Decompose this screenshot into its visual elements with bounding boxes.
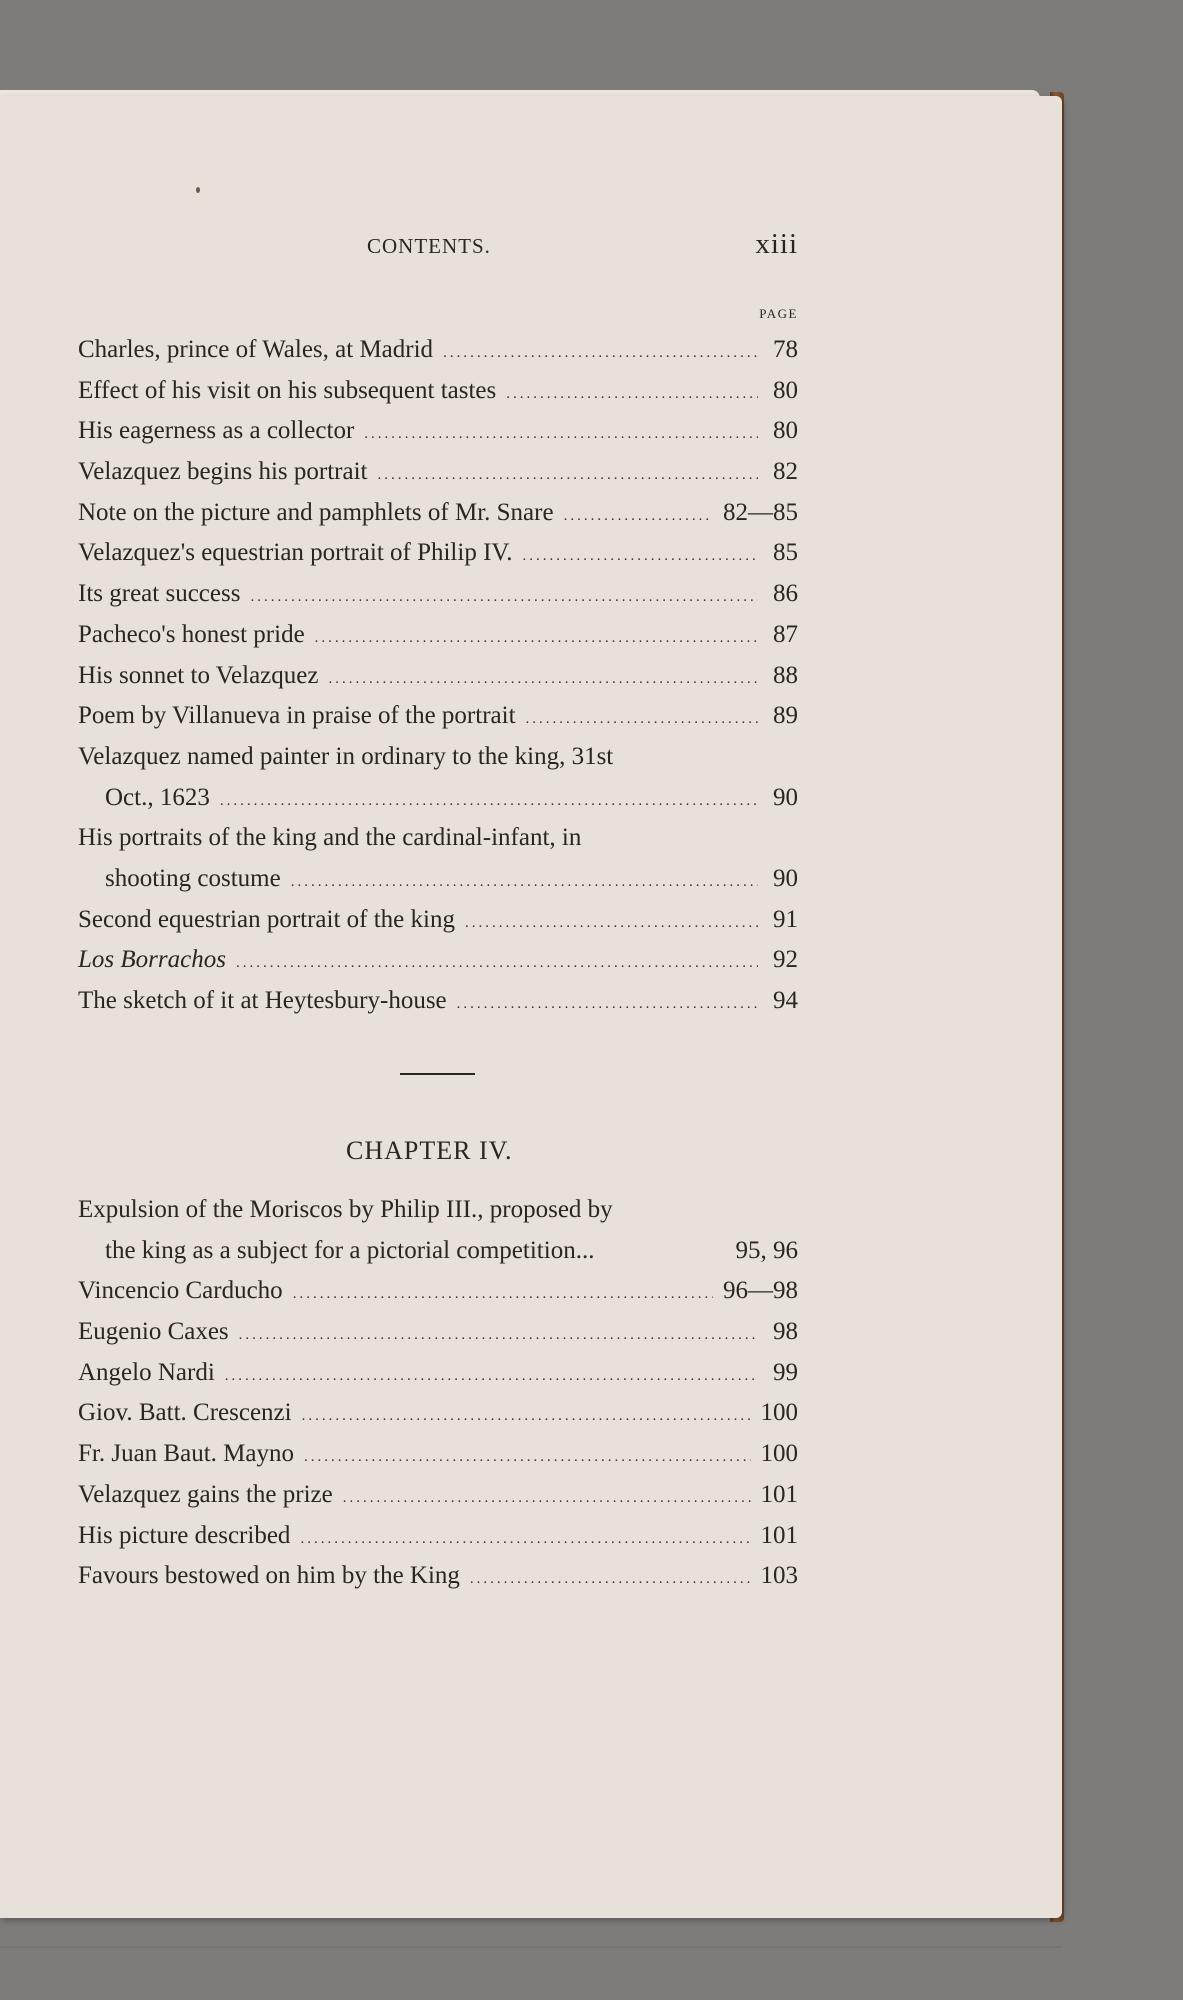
toc-entry: Angelo Nardi 99	[78, 1353, 798, 1394]
toc-entry-page: 101	[761, 1475, 799, 1516]
toc-entry-page: 94	[768, 981, 798, 1022]
paper-speck	[196, 187, 200, 193]
toc-entry-page: 82	[768, 452, 798, 493]
toc-entry: Charles, prince of Wales, at Madrid 78	[78, 330, 798, 371]
toc-entry: Poem by Villanueva in praise of the port…	[78, 696, 798, 737]
toc-entry-title-continued: the king as a subject for a pictorial co…	[78, 1231, 594, 1272]
dot-leader	[315, 618, 758, 659]
dot-leader	[293, 1274, 713, 1315]
section-divider-rule	[400, 1073, 475, 1075]
toc-entry: Fr. Juan Baut. Mayno 100	[78, 1434, 798, 1475]
toc-entry-line1: Expulsion of the Moriscos by Philip III.…	[78, 1190, 798, 1231]
toc-entry-page: 98	[768, 1312, 798, 1353]
toc-entry-title: Angelo Nardi	[78, 1353, 215, 1394]
toc-list-chapter-iv: Expulsion of the Moriscos by Philip III.…	[78, 1190, 798, 1597]
dot-leader	[328, 659, 758, 700]
toc-entry: Pacheco's honest pride 87	[78, 615, 798, 656]
toc-entry-page: 100	[761, 1434, 799, 1475]
toc-entry: Effect of his visit on his subsequent ta…	[78, 371, 798, 412]
dot-leader	[220, 781, 758, 822]
toc-entry-title-continued: Oct., 1623	[78, 778, 210, 819]
toc-entry: His eagerness as a collector 80	[78, 411, 798, 452]
toc-entry-title: Second equestrian portrait of the king	[78, 900, 455, 941]
dot-leader	[343, 1478, 751, 1519]
toc-entry-page: 86	[768, 574, 798, 615]
dot-leader	[457, 984, 758, 1025]
running-head: CONTENTS.	[367, 234, 491, 259]
folio-page-number: xiii	[748, 228, 798, 261]
chapter-heading-text: CHAPTER IV.	[346, 1136, 513, 1166]
toc-entry-title: Eugenio Caxes	[78, 1312, 229, 1353]
dot-leader	[302, 1396, 751, 1437]
toc-entry-page: 96—98	[723, 1271, 798, 1312]
toc-entry-title: The sketch of it at Heytesbury-house	[78, 981, 447, 1022]
toc-entry-title: His portraits of the king and the cardin…	[78, 818, 798, 859]
page-column-label: PAGE	[700, 306, 798, 322]
toc-entry-page: 103	[761, 1556, 799, 1597]
dot-leader	[443, 333, 758, 374]
toc-entry: Second equestrian portrait of the king 9…	[78, 900, 798, 941]
toc-entry-page: 101	[761, 1516, 799, 1557]
toc-entry-page: 80	[768, 371, 798, 412]
dot-leader	[236, 943, 758, 984]
toc-entry-line2: Oct., 1623 90	[78, 778, 798, 819]
toc-entry-line1: His portraits of the king and the cardin…	[78, 818, 798, 859]
dot-leader	[300, 1519, 750, 1560]
dot-leader	[378, 455, 759, 496]
toc-entry-title: Giov. Batt. Crescenzi	[78, 1393, 292, 1434]
toc-entry-page: 92	[768, 940, 798, 981]
dot-leader	[304, 1437, 751, 1478]
toc-entry: Velazquez begins his portrait 82	[78, 452, 798, 493]
page-fold-line	[0, 1946, 1062, 1948]
toc-entry: The sketch of it at Heytesbury-house 94	[78, 981, 798, 1022]
toc-entry-title: Effect of his visit on his subsequent ta…	[78, 371, 496, 412]
toc-entry-title: Its great success	[78, 574, 240, 615]
toc-entry-title: His picture described	[78, 1516, 290, 1557]
toc-list-continued: Charles, prince of Wales, at Madrid 78 E…	[78, 330, 798, 1022]
toc-entry: Eugenio Caxes 98	[78, 1312, 798, 1353]
dot-leader	[470, 1559, 751, 1600]
toc-entry-page: 82—85	[723, 493, 798, 534]
dot-leader	[506, 374, 758, 415]
toc-entry-title: Velazquez gains the prize	[78, 1475, 333, 1516]
toc-entry-title: Velazquez begins his portrait	[78, 452, 368, 493]
toc-entry-page: 100	[761, 1393, 799, 1434]
toc-entry-line2: the king as a subject for a pictorial co…	[78, 1231, 798, 1272]
toc-entry-title: Pacheco's honest pride	[78, 615, 305, 656]
dot-leader	[465, 903, 758, 944]
toc-entry-page: 80	[768, 411, 798, 452]
toc-entry-page: 91	[768, 900, 798, 941]
dot-leader	[526, 699, 758, 740]
toc-entry-page: 78	[768, 330, 798, 371]
toc-entry-title-continued: shooting costume	[78, 859, 281, 900]
toc-entry-title: Vincencio Carducho	[78, 1271, 283, 1312]
toc-entry-line2: shooting costume 90	[78, 859, 798, 900]
toc-entry: Favours bestowed on him by the King 103	[78, 1556, 798, 1597]
dot-leader	[564, 496, 713, 537]
dot-leader	[250, 577, 758, 618]
toc-entry-page: 89	[768, 696, 798, 737]
dot-leader	[225, 1356, 758, 1397]
toc-entry-page: 88	[768, 656, 798, 697]
toc-entry-title: Fr. Juan Baut. Mayno	[78, 1434, 294, 1475]
toc-entry-title: Los Borrachos	[78, 940, 226, 981]
toc-entry: Vincencio Carducho 96—98	[78, 1271, 798, 1312]
toc-entry-title: Velazquez named painter in ordinary to t…	[78, 737, 798, 778]
dot-leader	[239, 1315, 758, 1356]
toc-entry: Velazquez gains the prize 101	[78, 1475, 798, 1516]
toc-entry: Velazquez's equestrian portrait of Phili…	[78, 533, 798, 574]
toc-entry-title: His sonnet to Velazquez	[78, 656, 318, 697]
dot-leader	[291, 862, 758, 903]
toc-entry-title: Expulsion of the Moriscos by Philip III.…	[78, 1190, 798, 1231]
toc-entry-title: His eagerness as a collector	[78, 411, 354, 452]
toc-entry: Los Borrachos 92	[78, 940, 798, 981]
toc-entry-page: 85	[768, 533, 798, 574]
dot-leader	[364, 414, 758, 455]
toc-entry-page: 90	[768, 859, 798, 900]
toc-entry: Note on the picture and pamphlets of Mr.…	[78, 493, 798, 534]
toc-entry: His sonnet to Velazquez 88	[78, 656, 798, 697]
toc-entry: His picture described 101	[78, 1516, 798, 1557]
toc-entry-line1: Velazquez named painter in ordinary to t…	[78, 737, 798, 778]
toc-entry-title: Note on the picture and pamphlets of Mr.…	[78, 493, 554, 534]
toc-entry: Its great success 86	[78, 574, 798, 615]
toc-entry: Giov. Batt. Crescenzi 100	[78, 1393, 798, 1434]
toc-entry-page: 87	[768, 615, 798, 656]
toc-entry-title: Poem by Villanueva in praise of the port…	[78, 696, 516, 737]
toc-entry-title: Charles, prince of Wales, at Madrid	[78, 330, 433, 371]
dot-leader	[523, 536, 759, 577]
toc-entry-page: 90	[768, 778, 798, 819]
toc-entry-title: Velazquez's equestrian portrait of Phili…	[78, 533, 513, 574]
toc-entry-page: 95, 96	[736, 1231, 799, 1272]
toc-entry-page: 99	[768, 1353, 798, 1394]
toc-entry-title: Favours bestowed on him by the King	[78, 1556, 460, 1597]
